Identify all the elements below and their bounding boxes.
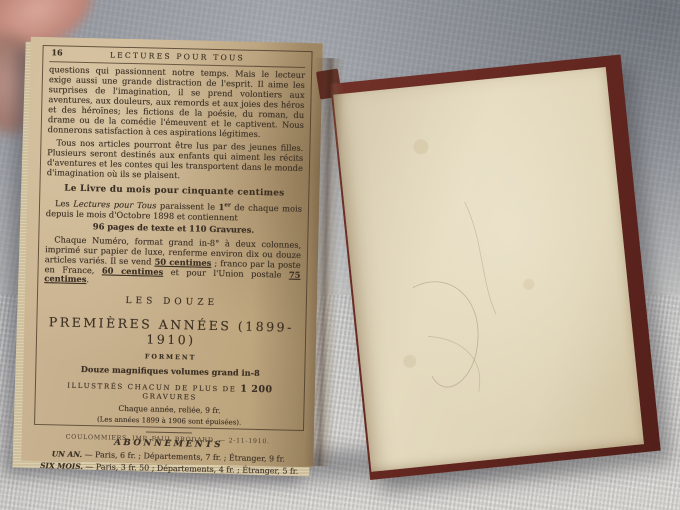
text-run: — Paris, 6 fr. ; Départements, 7 fr. ; É… (82, 450, 285, 464)
divider-rule (146, 431, 192, 433)
text-run: . (86, 275, 89, 285)
right-cover-board (330, 54, 661, 479)
hair-strands (333, 67, 644, 472)
text-run: ILLUSTRÉS CHACUN DE PLUS DE (67, 381, 240, 393)
text-run: et pour l'Union postale (163, 266, 289, 279)
running-header-title: LECTURES POUR TOUS (110, 50, 245, 62)
price-run: 60 centimes (102, 265, 164, 276)
bold-number-run: 1 200 (240, 383, 272, 395)
bold-run: 1er (219, 202, 231, 212)
forment-line: FORMENT (43, 351, 299, 364)
premieres-annees-line: PREMIÈRES ANNÉES (1899-1910) (43, 314, 300, 350)
text-run: GRAVURES (142, 392, 197, 401)
les-douze-line: LES DOUZE (44, 295, 300, 312)
paragraph: Chaque Numéro, format grand in-8° à deux… (44, 235, 301, 291)
page-number: 16 (51, 48, 62, 58)
photo-open-book: 16 LECTURES POUR TOUS questions qui pass… (0, 0, 680, 510)
volumes-line: Douze magnifiques volumes grand in-8 (42, 364, 298, 380)
section-heading: Le Livre du mois pour cinquante centimes (46, 184, 302, 200)
text-run: Les (55, 198, 73, 208)
douze-annees-block: LES DOUZE PREMIÈRES ANNÉES (1899-1910) F… (41, 295, 300, 428)
paragraph: questions qui passionnent notre temps. M… (48, 65, 306, 140)
paragraph: Les Lectures pour Tous paraissent le 1er… (46, 198, 302, 224)
abo-label: SIX MOIS. (40, 461, 83, 471)
abo-label: UN AN. (52, 449, 83, 459)
gravures-line: ILLUSTRÉS CHACUN DE PLUS DE 1 200 GRAVUR… (42, 379, 298, 405)
printed-text-frame: 16 LECTURES POUR TOUS questions qui pass… (34, 45, 313, 431)
right-blank-page (333, 67, 644, 472)
paragraph: Tous nos articles pourront être lus par … (47, 138, 304, 184)
left-page: 16 LECTURES POUR TOUS questions qui pass… (21, 37, 323, 468)
